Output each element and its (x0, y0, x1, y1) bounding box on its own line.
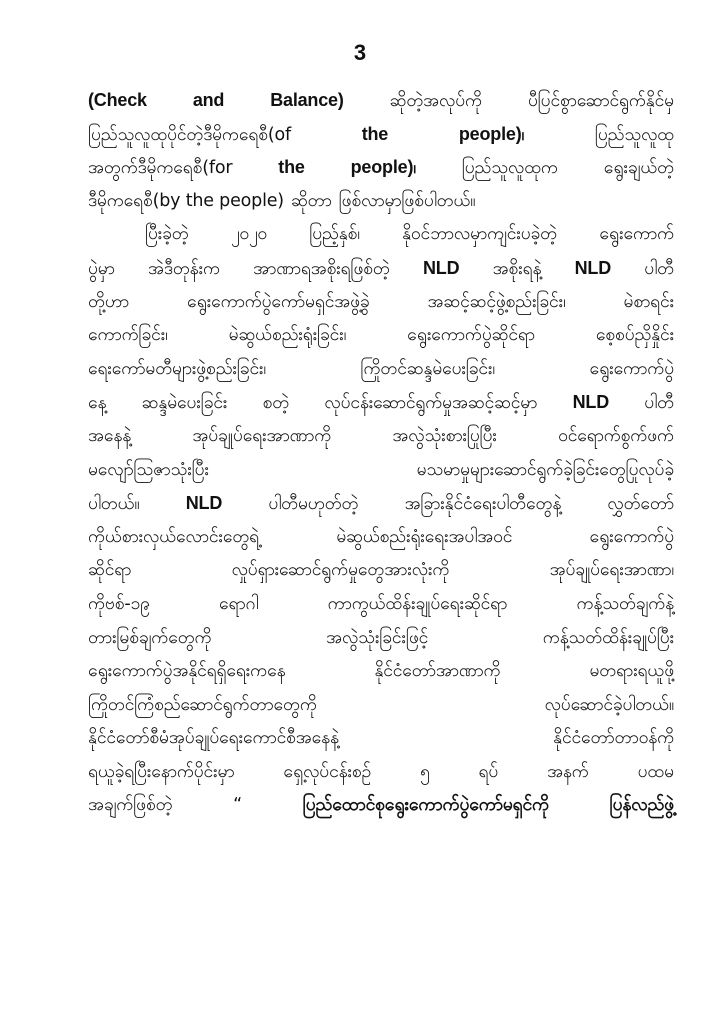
text-word: ပြည်သူလူထု (595, 119, 674, 153)
text-word: ပထမ (638, 756, 674, 790)
text-word: NLD (575, 252, 611, 286)
text-word: အဆင့်ဆင့်ဖွဲ့စည်းခြင်း၊ (428, 286, 566, 320)
text-word: စတဲ့ (263, 387, 289, 421)
text-word: အတွက်ဒီမိုကရေစီ(for (88, 152, 232, 186)
text-word: ရွေးကောက်ပွဲ (590, 521, 674, 555)
text-word: ကြိုတင်ကြံစည်ဆောင်ရွက်တာတွေကို (88, 689, 317, 723)
text-word: ပါတီမဟုတ်တဲ့ (268, 488, 358, 522)
text-word: ရေးကော်မတီများဖွဲ့စည်းခြင်း၊ (88, 353, 266, 387)
text-word: ရွေးချယ်တဲ့ (604, 152, 674, 186)
text-word: အလွဲသုံးခြင်းဖြင့် (326, 622, 428, 656)
text-word: ကာကွယ်ထိန်းချုပ်ရေးဆိုင်ရာ (328, 588, 508, 622)
text-word: ရွေးကောက် (599, 218, 674, 252)
text-line: ကောက်ခြင်း၊မဲဆွယ်စည်းရုံးခြင်း၊ရွေးကောက်… (88, 319, 674, 353)
text-word: အခြားနိုင်ငံရေးပါတီတွေနဲ့ (405, 488, 562, 522)
text-word: နိုင်ငံတော်အာဏာကို (374, 655, 500, 689)
text-line: မလျော်ဩဇာသုံးပြီးမသမာမှုများဆောင်ရွက်ခဲ့… (88, 454, 674, 488)
text-word: အချက်ဖြစ်တဲ့ (88, 789, 172, 823)
text-line: ပွဲမှာအဲဒီတုန်းကအာဏာရအစိုးရဖြစ်တဲ့NLDအစိ… (88, 252, 674, 286)
text-word: အနေနဲ့ (88, 420, 131, 454)
text-word: ကိုယ်စားလှယ်လောင်းတွေရဲ့ (88, 521, 259, 555)
text-word: ၂၀၂၀ (231, 218, 267, 252)
text-word: လုပ်ငန်းဆောင်ရွက်မှုအဆင့်ဆင့်မှာ (324, 387, 537, 421)
text-line: ဆိုင်ရာလှုပ်ရှားဆောင်ရွက်မှုတွေအားလုံးကိ… (88, 554, 674, 588)
text-word: ပီပြင်စွာဆောင်ရွက်နိုင်မှ (528, 85, 674, 119)
text-word: ဆိုတဲ့အလုပ်ကို (390, 85, 482, 119)
text-word: NLD (573, 386, 609, 420)
text-word: နိုဝင်ဘာလမှာကျင်းပခဲ့တဲ့ (402, 218, 557, 252)
text-line: ကြိုတင်ကြံစည်ဆောင်ရွက်တာတွေကိုလုပ်ဆောင်ခ… (88, 689, 674, 723)
text-word: မဲဆွယ်စည်းရုံးခြင်း၊ (229, 319, 347, 353)
text-word: (Check (88, 84, 147, 118)
text-word: ရယူခဲ့ရပြီးနောက်ပိုင်းမှာ (88, 756, 235, 790)
text-word: ပြီးခဲ့တဲ့ (145, 218, 189, 252)
text-word: မတရားရယူဖို့ (589, 655, 674, 689)
text-word: ဆန္ဒမဲပေးခြင်း (142, 387, 228, 421)
text-word: ကိုဗစ်-၁၉ (88, 588, 150, 622)
text-line: တားမြစ်ချက်တွေကိုအလွဲသုံးခြင်းဖြင့်ကန့်သ… (88, 622, 674, 656)
text-word: တို့ဟာ (88, 286, 129, 320)
text-line: တို့ဟာရွေးကောက်ပွဲကော်မရှင်အဖွဲ့ခွဲအဆင့်… (88, 286, 674, 320)
text-line: အချက်ဖြစ်တဲ့“ပြည်ထောင်စုရွေးကောက်ပွဲကော်… (88, 789, 674, 823)
text-line: ကိုယ်စားလှယ်လောင်းတွေရဲ့မဲဆွယ်စည်းရုံးရေ… (88, 521, 674, 555)
text-word: ပြန်လည်ဖွဲ့ (610, 789, 674, 823)
text-line: ဒီမိုကရေစီ(by the people)ဆိုတာဖြစ်လာမှာဖ… (88, 185, 674, 219)
text-word: ရွေးကောက်ပွဲဆိုင်ရာ (407, 319, 535, 353)
page-number: 3 (0, 40, 720, 66)
text-word: အလွဲသုံးစားပြုပြီး (392, 420, 496, 454)
text-word: ကောက်ခြင်း၊ (88, 319, 168, 353)
text-word: လွှတ်တော် (607, 488, 674, 522)
text-word: နိုင်ငံတော်တာဝန်ကို (553, 722, 674, 756)
text-word: ဆိုတာ (291, 185, 332, 219)
text-word: အုပ်ချုပ်ရေးအာဏာကို (192, 420, 331, 454)
text-line: ရေးကော်မတီများဖွဲ့စည်းခြင်း၊ကြိုတင်ဆန္ဒမ… (88, 353, 674, 387)
text-line: နိုင်ငံတော်စီမံအုပ်ချုပ်ရေးကောင်စီအနေနဲ့… (88, 722, 674, 756)
text-word: ဒီမိုကရေစီ(by the people) (88, 185, 284, 219)
text-word: ပါတီ (644, 387, 674, 421)
text-word: ဝင်ရောက်စွက်ဖက် (558, 420, 674, 454)
text-line: ရယူခဲ့ရပြီးနောက်ပိုင်းမှာရှေ့လုပ်ငန်းစဉ်… (88, 756, 674, 790)
text-line: (CheckandBalance)ဆိုတဲ့အလုပ်ကိုပီပြင်စွာ… (88, 84, 674, 118)
text-word: မလျော်ဩဇာသုံးပြီး (88, 454, 209, 488)
text-word: မသမာမှုများဆောင်ရွက်ခဲ့ခြင်းတွေပြုလုပ်ခဲ… (417, 454, 674, 488)
text-line: ပါတယ်။NLDပါတီမဟုတ်တဲ့အခြားနိုင်ငံရေးပါတီ… (88, 487, 674, 521)
text-word: လုပ်ဆောင်ခဲ့ပါတယ်။ (545, 689, 674, 723)
text-word: အုပ်ချုပ်ရေးအာဏာ၊ (550, 554, 674, 588)
text-word: ရပ် (479, 756, 499, 790)
text-word: ရွေးကောက်ပွဲအနိုင်ရရှိရေးကနေ (88, 655, 285, 689)
text-line: ပြည်သူလူထုပိုင်တဲ့ဒီမိုကရေစီ(ofthepeople… (88, 118, 674, 152)
text-word: အဲဒီတုန်းက (148, 253, 220, 287)
text-word: အစိုးရနဲ့ (493, 253, 542, 287)
text-word: အာဏာရအစိုးရဖြစ်တဲ့ (253, 253, 390, 287)
text-word: တားမြစ်ချက်တွေကို (88, 622, 211, 656)
text-word: NLD (423, 252, 459, 286)
text-word: ကြိုတင်ဆန္ဒမဲပေးခြင်း၊ (361, 353, 495, 387)
text-word: people)၊ (351, 151, 416, 185)
text-word: Balance) (270, 84, 343, 118)
text-word: ပြည်သူလူထုပိုင်တဲ့ဒီမိုကရေစီ(of (88, 119, 291, 153)
text-word: ဆိုင်ရာ (88, 554, 131, 588)
text-word: ပါတယ်။ (88, 488, 140, 522)
text-word: ရွေးကောက်ပွဲ (590, 353, 674, 387)
text-word: the (362, 118, 388, 152)
text-word: and (193, 84, 224, 118)
text-word: ဖြစ်လာမှာဖြစ်ပါတယ်။ (339, 185, 476, 219)
text-word: ရှေ့လုပ်ငန်းစဉ် (283, 756, 371, 790)
text-line: ပြီးခဲ့တဲ့၂၀၂၀ပြည့်နှစ်၊နိုဝင်ဘာလမှာကျင်… (88, 218, 674, 252)
text-word: ပြည်ထောင်စုရွေးကောက်ပွဲကော်မရှင်ကို (303, 789, 549, 823)
text-word: the (278, 151, 304, 185)
paragraph: (CheckandBalance)ဆိုတဲ့အလုပ်ကိုပီပြင်စွာ… (88, 84, 674, 218)
text-word: နေ့ (88, 387, 106, 421)
text-word: ရွေးကောက်ပွဲကော်မရှင်အဖွဲ့ခွဲ (187, 286, 370, 320)
text-word: မဲစာရင်း (624, 286, 674, 320)
text-word: လှုပ်ရှားဆောင်ရွက်မှုတွေအားလုံးကို (232, 554, 450, 588)
paragraph: ပြီးခဲ့တဲ့၂၀၂၀ပြည့်နှစ်၊နိုဝင်ဘာလမှာကျင်… (88, 218, 674, 823)
text-line: အနေနဲ့အုပ်ချုပ်ရေးအာဏာကိုအလွဲသုံးစားပြုပ… (88, 420, 674, 454)
text-word: စေ့စပ်ညှိနှိုင်း (596, 319, 674, 353)
text-word: ကန့်သတ်ထိန်းချုပ်ပြီး (543, 622, 674, 656)
text-word: ပြည့်နှစ်၊ (309, 218, 360, 252)
document-body: (CheckandBalance)ဆိုတဲ့အလုပ်ကိုပီပြင်စွာ… (88, 84, 674, 823)
text-word: “ (233, 789, 242, 823)
text-word: ပြည်သူလူထုက (462, 152, 558, 186)
text-word: ၅ (420, 756, 430, 790)
text-word: ရောဂါ (219, 588, 258, 622)
text-word: နိုင်ငံတော်စီမံအုပ်ချုပ်ရေးကောင်စီအနေနဲ့ (88, 722, 339, 756)
text-word: NLD (186, 487, 222, 521)
text-word: မဲဆွယ်စည်းရုံးရေးအပါအဝင် (336, 521, 512, 555)
text-word: ပွဲမှာ (88, 253, 115, 287)
text-line: ကိုဗစ်-၁၉ရောဂါကာကွယ်ထိန်းချုပ်ရေးဆိုင်ရာ… (88, 588, 674, 622)
text-line: နေ့ဆန္ဒမဲပေးခြင်းစတဲ့လုပ်ငန်းဆောင်ရွက်မှ… (88, 386, 674, 420)
text-word: ကန့်သတ်ချက်နဲ့ (576, 588, 674, 622)
text-word: people)၊ (459, 118, 524, 152)
text-word: အနက် (547, 756, 589, 790)
text-line: အတွက်ဒီမိုကရေစီ(forthepeople)၊ပြည်သူလူထု… (88, 151, 674, 185)
text-word: ပါတီ (644, 253, 674, 287)
text-line: ရွေးကောက်ပွဲအနိုင်ရရှိရေးကနေနိုင်ငံတော်အ… (88, 655, 674, 689)
